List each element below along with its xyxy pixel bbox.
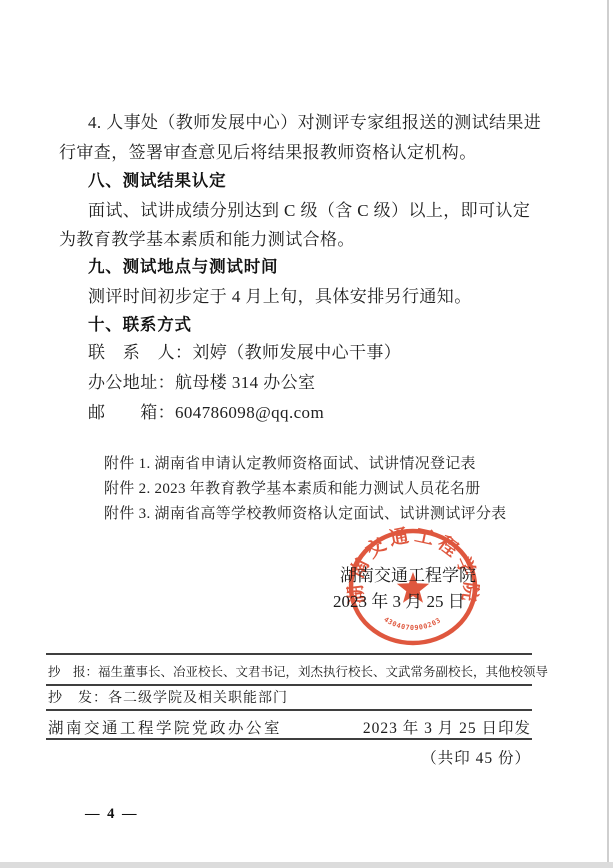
- email-line: 邮 箱：604786098@qq.com: [88, 402, 324, 423]
- section-heading-9: 九、测试地点与测试时间: [88, 257, 278, 278]
- issuing-office: 湖南交通工程学院党政办公室: [48, 716, 282, 738]
- page-edge-line: [607, 0, 609, 862]
- page-number: — 4 —: [85, 806, 139, 823]
- body-line: 行审查，签署审查意见后将结果报教师资格认定机构。: [59, 142, 477, 163]
- seal-code: 4304070900203: [382, 615, 442, 632]
- body-line: 4. 人事处（教师发展中心）对测评专家组报送的测试结果进: [88, 112, 541, 133]
- cc-report-line: 抄 报：福生董事长、冶亚校长、文君书记，刘杰执行校长、文武常务副校长，其他校领导: [48, 665, 548, 680]
- cc-issue-line: 抄 发：各二级学院及相关职能部门: [48, 690, 288, 707]
- footer-rule: [46, 738, 532, 740]
- body-line: 为教育教学基本素质和能力测试合格。: [59, 229, 355, 250]
- section-heading-8: 八、测试结果认定: [88, 171, 226, 192]
- office-address-line: 办公地址：航母楼 314 办公室: [88, 372, 315, 393]
- signature-date: 2023 年 3 月 25 日: [333, 587, 465, 612]
- footer-rule: [46, 709, 532, 711]
- page-gap-strip: [0, 862, 613, 868]
- footer-rule: [46, 653, 532, 655]
- attachment-2: 附件 2. 2023 年教育教学基本素质和能力测试人员花名册: [104, 480, 481, 499]
- attachment-1: 附件 1. 湖南省申请认定教师资格面试、试讲情况登记表: [104, 455, 476, 474]
- section-heading-10: 十、联系方式: [88, 315, 192, 336]
- footer-rule: [46, 684, 532, 686]
- document-page: 4. 人事处（教师发展中心）对测评专家组报送的测试结果进 行审查，签署审查意见后…: [0, 0, 613, 868]
- body-line: 面试、试讲成绩分别达到 C 级（含 C 级）以上，即可认定: [88, 200, 530, 221]
- issue-date: 2023 年 3 月 25 日印发: [363, 716, 531, 738]
- signature-org: 湖南交通工程学院: [340, 561, 476, 586]
- contact-person-line: 联 系 人：刘婷（教师发展中心干事）: [88, 342, 401, 363]
- print-copies: （共印 45 份）: [421, 746, 531, 768]
- body-line: 测评时间初步定于 4 月上旬，具体安排另行通知。: [88, 286, 472, 307]
- attachment-3: 附件 3. 湖南省高等学校教师资格认定面试、试讲测试评分表: [104, 505, 506, 524]
- svg-text:4304070900203: 4304070900203: [382, 615, 442, 632]
